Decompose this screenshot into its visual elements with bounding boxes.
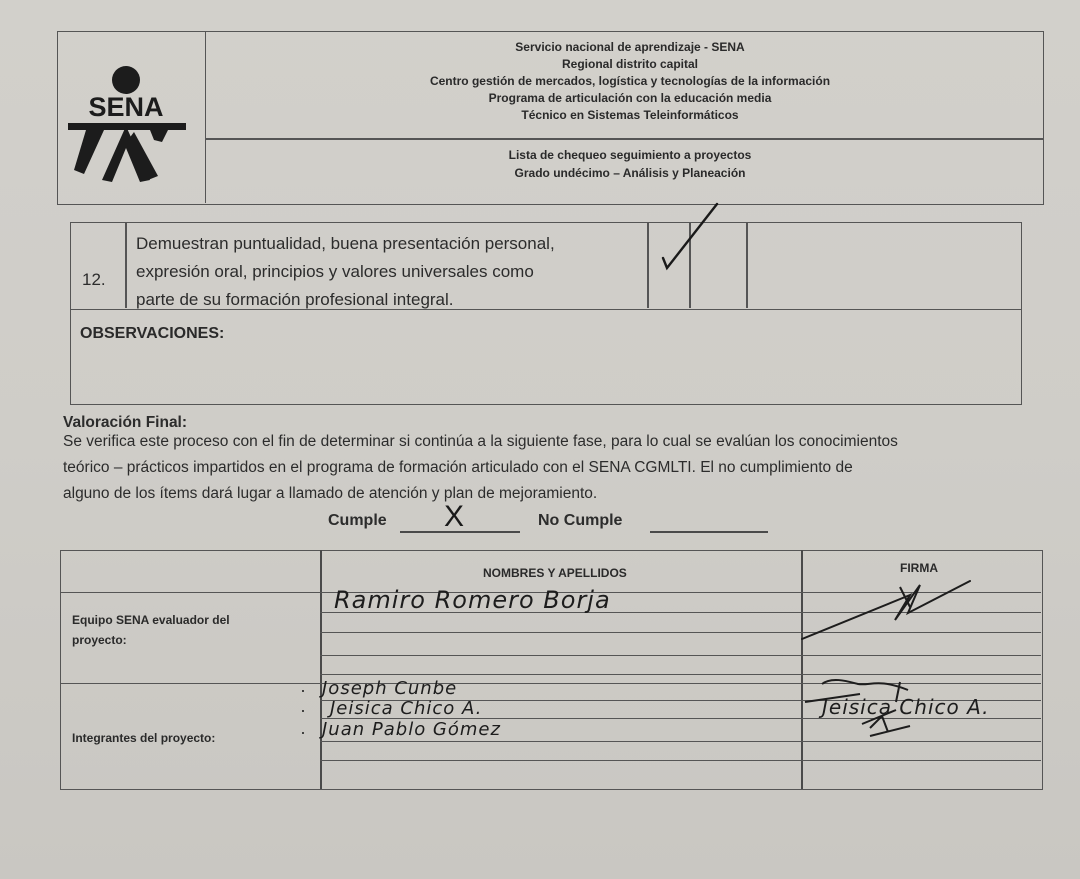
final-assessment-line-1: Se verifica este proceso con el fin de d… xyxy=(63,433,898,451)
svg-text:SENA: SENA xyxy=(88,92,163,122)
final-assessment-line-2: teórico – prácticos impartidos en el pro… xyxy=(63,459,853,477)
sena-logo-icon: SENA xyxy=(66,62,190,184)
item-number: 12. xyxy=(82,270,106,290)
column-header-names: NOMBRES Y APELLIDOS xyxy=(483,566,627,580)
observations-box[interactable] xyxy=(70,308,1022,405)
bullet-1: · xyxy=(300,680,306,701)
header-organization: Servicio nacional de aprendizaje - SENA xyxy=(240,40,1020,54)
member-name-1[interactable]: Joseph Cunbe xyxy=(322,678,457,699)
item-text-line-2: expresión oral, principios y valores uni… xyxy=(136,262,534,282)
header-program: Programa de articulación con la educació… xyxy=(240,91,1020,105)
no-cumple-field[interactable] xyxy=(650,531,768,533)
evaluator-label-1: Equipo SENA evaluador del xyxy=(72,613,230,627)
evaluator-name[interactable]: Ramiro Romero Borja xyxy=(334,586,611,614)
cumple-label: Cumple xyxy=(328,512,387,530)
checkmark-icon[interactable] xyxy=(655,200,725,275)
header-technical: Técnico en Sistemas Teleinformáticos xyxy=(240,108,1020,122)
final-assessment-line-3: alguno de los ítems dará lugar a llamado… xyxy=(63,485,597,503)
item-text-line-3: parte de su formación profesional integr… xyxy=(136,290,454,310)
header-regional: Regional distrito capital xyxy=(240,57,1020,71)
bullet-3: · xyxy=(300,722,306,743)
final-assessment-title: Valoración Final: xyxy=(63,414,187,432)
document-grade: Grado undécimo – Análisis y Planeación xyxy=(240,166,1020,180)
no-cumple-label: No Cumple xyxy=(538,512,622,530)
item-text-line-1: Demuestran puntualidad, buena presentaci… xyxy=(136,234,555,254)
observations-label: OBSERVACIONES: xyxy=(80,325,224,343)
column-header-signature: FIRMA xyxy=(900,561,938,575)
cumple-mark: X xyxy=(444,500,464,534)
member-name-3[interactable]: Juan Pablo Gómez xyxy=(322,719,501,740)
header-divider xyxy=(205,138,1043,140)
document-title: Lista de chequeo seguimiento a proyectos xyxy=(240,148,1020,162)
evaluator-label-2: proyecto: xyxy=(72,633,127,647)
members-label: Integrantes del proyecto: xyxy=(72,731,215,745)
member-name-2[interactable]: Jeisica Chico A. xyxy=(330,698,482,719)
evaluator-signature-icon xyxy=(800,575,980,645)
bullet-2: · xyxy=(300,700,306,721)
member-signature-text: Jeisica Chico A. xyxy=(822,695,990,719)
header-center: Centro gestión de mercados, logística y … xyxy=(240,74,1020,88)
